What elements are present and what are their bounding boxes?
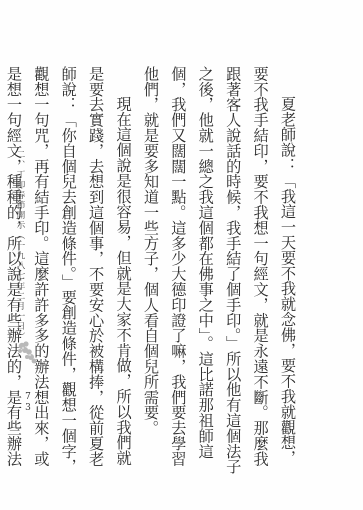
page-number: 73 [23,392,33,414]
body-text: 夏老師說：「我這一天要不我就念佛，要不我就觀想，要不我手結印，要不我想一句經文，… [0,66,301,476]
running-title: 二、丁卯春節開示（一九八七年二月一日） [14,150,26,342]
flower-ornament-icon [16,340,38,366]
paragraph-1: 夏老師說：「我這一天要不我就念佛，要不我就觀想，要不我手結印，要不我想一句經文，… [137,66,301,476]
book-page: 夏老師說：「我這一天要不我就念佛，要不我就觀想，要不我手結印，要不我想一句經文，… [0,0,363,510]
